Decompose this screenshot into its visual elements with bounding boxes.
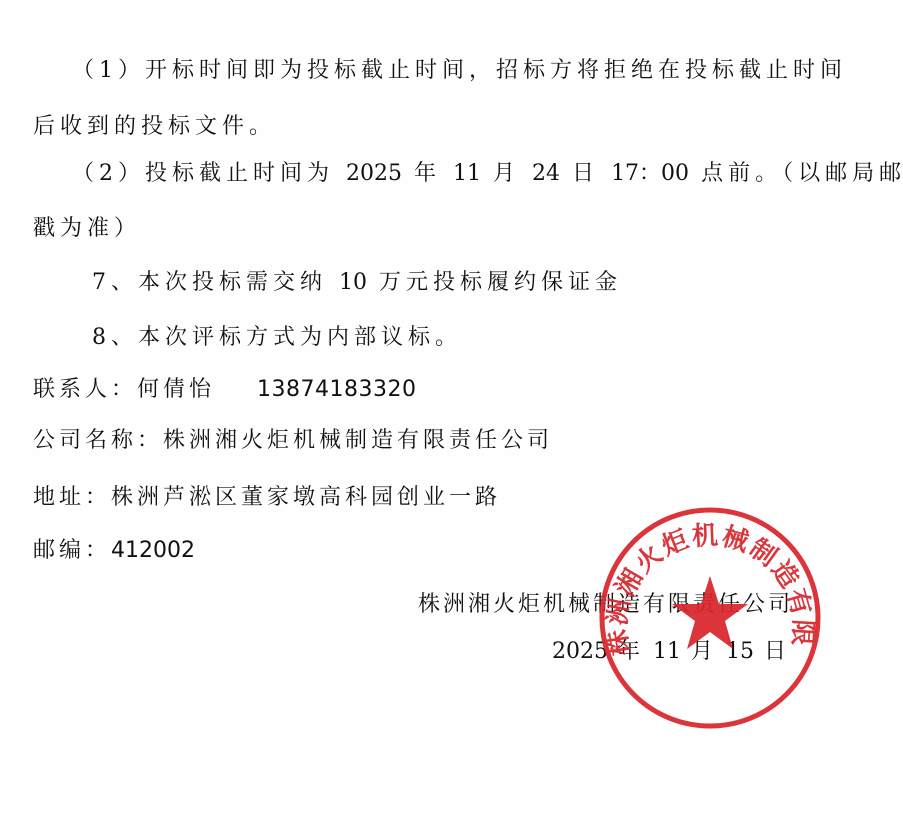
deadline-year: 2025	[346, 161, 402, 186]
item-2-text-continued: 戳为准）	[33, 216, 141, 241]
item-1-line-1: （1）开标时间即为投标截止时间，招标方将拒绝在投标截止时间	[72, 56, 847, 86]
signature-day: 15	[726, 639, 754, 664]
deadline-day: 24	[532, 161, 560, 186]
company-name: 株洲湘火炬机械制造有限责任公司	[163, 428, 553, 453]
item-8-text: 本次评标方式为内部议标。	[138, 325, 462, 350]
item-7: 7、本次投标需交纳 10 万元投标履约保证金	[92, 268, 622, 298]
signature-date: 2025 年 11 月 15 日	[552, 637, 789, 667]
deadline-time: 17：00	[611, 161, 689, 186]
item-1-prefix: （1）	[72, 58, 145, 83]
signature-day-label: 日	[764, 639, 789, 664]
seal-text: 株洲湘火炬机械制造有限责任公司	[596, 504, 818, 658]
signature-month: 11	[653, 639, 681, 664]
item-7-prefix: 7、	[92, 270, 138, 295]
year-label: 年	[414, 161, 441, 186]
postcode-line: 邮编：412002	[33, 536, 195, 566]
address-line: 地址：株洲芦淞区董家墩高科园创业一路	[33, 483, 501, 513]
item-7-text-tail: 万元投标履约保证金	[379, 270, 622, 295]
address-value: 株洲芦淞区董家墩高科园创业一路	[111, 485, 501, 510]
item-2-line-1: （2）投标截止时间为 2025 年 11 月 24 日 17：00 点前。（以邮…	[72, 159, 903, 189]
signature-year: 2025	[552, 639, 608, 664]
item-2-text-tail: 点前。（以邮局邮	[701, 161, 903, 186]
contact-name: 何倩怡	[137, 377, 215, 402]
postcode-value: 412002	[111, 538, 195, 563]
day-label: 日	[572, 161, 599, 186]
month-label: 月	[493, 161, 520, 186]
contact-phone: 13874183320	[257, 377, 416, 402]
address-label: 地址：	[33, 485, 111, 510]
item-2-line-2: 戳为准）	[33, 214, 141, 244]
item-8: 8、本次评标方式为内部议标。	[92, 323, 462, 353]
item-1-text: 开标时间即为投标截止时间，招标方将拒绝在投标截止时间	[145, 58, 847, 83]
contact-line: 联系人：何倩怡13874183320	[33, 375, 417, 405]
item-8-prefix: 8、	[92, 325, 138, 350]
deposit-amount: 10	[339, 270, 367, 295]
contact-label: 联系人：	[33, 377, 137, 402]
item-2-prefix: （2）	[72, 161, 145, 186]
item-1-text-continued: 后收到的投标文件。	[33, 114, 276, 139]
signature-company: 株洲湘火炬机械制造有限责任公司	[418, 590, 793, 620]
item-1-line-2: 后收到的投标文件。	[33, 112, 276, 142]
postcode-label: 邮编：	[33, 538, 111, 563]
item-7-text: 本次投标需交纳	[138, 270, 327, 295]
company-line: 公司名称：株洲湘火炬机械制造有限责任公司	[33, 426, 553, 456]
item-2-text: 投标截止时间为	[145, 161, 334, 186]
signature-company-name: 株洲湘火炬机械制造有限责任公司	[418, 592, 793, 617]
document-page: （1）开标时间即为投标截止时间，招标方将拒绝在投标截止时间 后收到的投标文件。 …	[0, 0, 903, 833]
signature-year-label: 年	[618, 639, 643, 664]
signature-month-label: 月	[691, 639, 716, 664]
company-label: 公司名称：	[33, 428, 163, 453]
deadline-month: 11	[453, 161, 481, 186]
